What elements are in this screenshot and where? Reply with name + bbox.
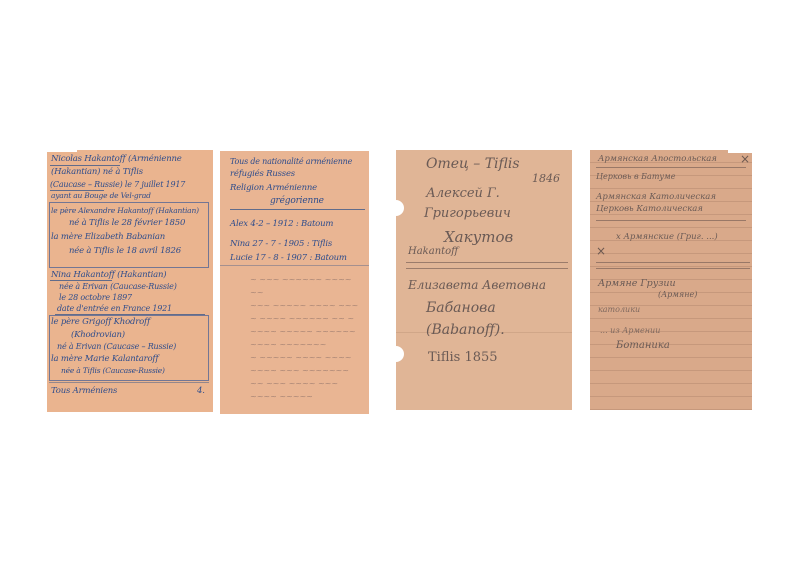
x-mark: × <box>740 152 750 166</box>
page-number: 4. <box>197 386 205 396</box>
doc4-line: Армянская Апостольская <box>598 154 717 164</box>
doc4-line: x Армянские (Григ. ...) <box>616 232 718 242</box>
doc2-line: réfugiés Russes <box>230 169 295 179</box>
underline <box>50 165 120 166</box>
doc3-line: (Babanoff). <box>426 322 505 338</box>
divider <box>230 209 365 210</box>
doc3-line: Отец – Tiflis <box>426 156 520 172</box>
divider <box>596 268 750 269</box>
x-mark: × <box>596 244 606 258</box>
doc1-line: la mère Marie Kalantaroff <box>51 354 158 364</box>
doc3-line: 1846 <box>532 172 560 185</box>
doc1-line: (Hakantian) né à Tiflis <box>51 167 143 177</box>
doc1-line: date d'entrée en France 1921 <box>57 304 172 313</box>
doc3-line: Tiflis 1855 <box>428 350 498 365</box>
punch-hole <box>396 346 404 362</box>
divider <box>220 265 369 266</box>
doc2-line: grégorienne <box>270 196 324 206</box>
doc1-line: née à Erivan (Caucase-Russie) <box>59 282 177 291</box>
torn-edge <box>47 150 77 152</box>
document-2-paper: Tous de nationalité arménienne réfugiés … <box>220 151 369 414</box>
doc1-line: (Caucase – Russie) le 7 juillet 1917 <box>50 180 185 189</box>
punch-hole <box>396 200 404 216</box>
doc1-line: la mère Elizabeth Babanian <box>51 232 165 242</box>
divider <box>406 262 568 263</box>
doc3-line: Григорьевич <box>424 206 511 221</box>
doc3-line: Елизавета Аветовна <box>408 278 546 292</box>
doc1-line: ayant au Bouge de Vel-grad <box>51 191 151 200</box>
document-3-paper: Отец – Tiflis 1846 Алексей Г. Григорьеви… <box>396 150 572 410</box>
doc1-line: Nicolas Hakantoff (Arménienne <box>51 154 182 164</box>
doc4-line: ... из Армении <box>600 326 660 335</box>
doc1-line: le 28 octobre 1897 <box>59 293 132 302</box>
doc2-line: Lucie 17 - 8 - 1907 : Batoum <box>230 253 347 263</box>
divider <box>596 262 750 263</box>
doc4-line: Армянская Католическая <box>596 192 716 202</box>
doc1-line: né à Erivan (Caucase – Russie) <box>57 342 176 351</box>
doc4-line: Армяне Грузии <box>598 278 676 289</box>
doc1-line: Nina Hakantoff (Hakantian) <box>51 270 166 280</box>
doc1-line: le père Grigoff Khodroff <box>51 317 150 327</box>
divider <box>49 382 209 383</box>
underline <box>50 280 112 281</box>
doc1-line: le père Alexandre Hakantoff (Hakantian) <box>51 206 199 215</box>
doc2-line: Nina 27 - 7 - 1905 : Tiflis <box>230 239 332 249</box>
doc2-line: Tous de nationalité arménienne <box>230 157 352 166</box>
doc3-line: Бабанова <box>426 300 496 316</box>
doc2-line: Religion Arménienne <box>230 183 317 193</box>
divider <box>596 220 746 221</box>
doc3-line: Hakantoff <box>408 246 458 257</box>
doc1-line: (Khodrovian) <box>71 330 125 340</box>
doc2-line: Alex 4-2 – 1912 : Batoum <box>230 219 333 229</box>
doc4-line: Церковь в Батуме <box>596 172 675 181</box>
document-1-paper: Nicolas Hakantoff (Arménienne (Hakantian… <box>47 150 213 412</box>
doc3-line: Алексей Г. <box>426 186 500 201</box>
doc3-line: Хакутов <box>444 228 513 246</box>
doc4-line: Церковь Католическая <box>596 204 703 214</box>
doc1-line: né à Tiflis le 28 février 1850 <box>69 218 185 228</box>
doc4-line: Ботаника <box>616 340 670 351</box>
bleed-through-text: ~ ~~~ ~~~~~~ ~~~~ ~~~~~ ~~~~~ ~~~~ ~~~~ … <box>250 273 360 403</box>
doc1-line: née à Tiflis (Caucase-Russie) <box>61 366 165 375</box>
document-4-paper: Армянская Апостольская × Церковь в Батум… <box>590 150 752 410</box>
divider <box>406 268 568 269</box>
doc1-line: née à Tiflis le 18 avril 1826 <box>69 246 181 256</box>
doc1-line: Tous Arméniens <box>51 386 117 396</box>
divider <box>596 167 746 168</box>
doc4-line: католики <box>598 305 640 314</box>
doc4-line: (Армяне) <box>658 290 697 299</box>
